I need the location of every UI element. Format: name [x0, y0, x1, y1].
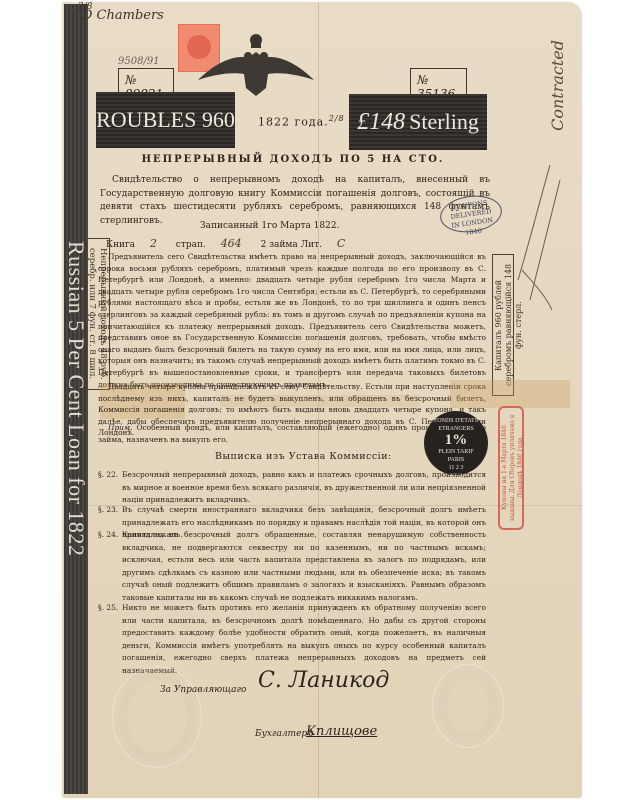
intro-text: Свидѣтельство о непрерывномъ доходѣ на к…: [100, 174, 490, 228]
roubles-amount-panel: ROUBLES 960: [96, 92, 235, 148]
headline: НЕПРЕРЫВНЫЙ ДОХОДЪ ПО 5 НА СТО.: [100, 154, 486, 165]
signature-manager: С. Ланикод: [258, 668, 389, 693]
signature-accountant: Кплищове: [306, 724, 377, 739]
roubles-label: ROUBLES 960: [96, 107, 235, 133]
section-22: §. 22. Безсрочный непрерывный доходъ, ра…: [98, 469, 486, 507]
fonds-etrangers-stamp: FONDS D'ETATS ETRANGERS 1% PLEIN TARIF P…: [424, 411, 488, 475]
sterling-amount: £148: [357, 109, 405, 136]
extract-title: Выписка изъ Устава Коммиссіи:: [215, 451, 392, 462]
embossed-seal-left-icon: [112, 666, 202, 768]
tape-mark: [450, 380, 570, 408]
embossed-seal-right-icon: [432, 664, 504, 748]
signature-label-accountant: Бухгалтеръ: [255, 729, 313, 739]
paragraph-rights: Предъявитель сего Свидѣтельства имѣетъ п…: [98, 251, 486, 390]
book-reference: Книга 2 страп. 464 2 займа Лит. C: [106, 237, 361, 250]
margin-note-contracted: Contracted: [548, 40, 567, 131]
signature-label-manager: За Управляющаго: [160, 685, 246, 695]
pencil-number: 9508/91: [118, 56, 160, 67]
section-24: §. 24. Капиталы, въ безсрочный долгъ обр…: [98, 529, 486, 604]
left-strip-title: Russian 5 Per Cent Loan for 1822: [64, 4, 88, 794]
sterling-label: Sterling: [409, 109, 479, 135]
handwritten-owner-name: D Chambers: [82, 8, 164, 23]
handwritten-scrawl-icon: [510, 160, 570, 320]
issue-year: 1822 года.2/8: [258, 114, 345, 129]
recorded-date: Записанный 1го Марта 1822.: [200, 221, 339, 231]
red-coupon-stamp: Купоны на 1-е Марта 1846 выданы. Для Сбо…: [498, 406, 524, 530]
serial-number-right: № 35136: [410, 68, 467, 97]
sterling-amount-panel: £148 Sterling: [349, 94, 487, 150]
double-headed-eagle-icon: [196, 32, 316, 98]
